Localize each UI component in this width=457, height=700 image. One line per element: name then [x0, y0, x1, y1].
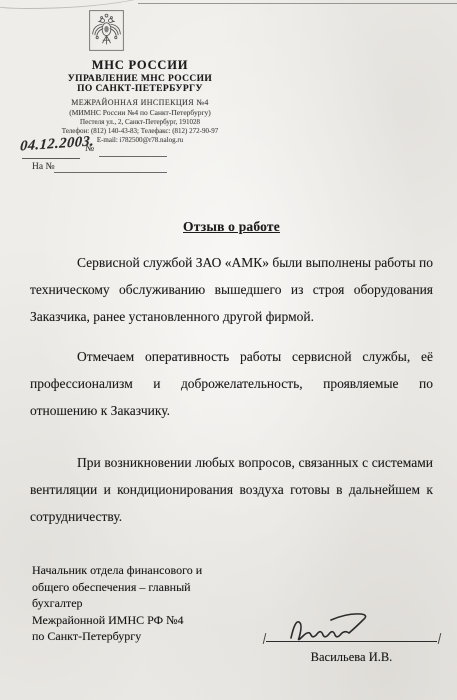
signer-position-line: общего обеспечения – главный: [32, 579, 272, 596]
scan-artifact-curve: [0, 0, 170, 9]
body-paragraph: Сервисной службой ЗАО «АМК» были выполне…: [30, 249, 433, 330]
scan-artifact-top-edge: [138, 3, 457, 4]
scanned-letter-page: МНС РОССИИ УПРАВЛЕНИЕ МНС РОССИИ ПО САНК…: [0, 0, 457, 700]
org-address: Пестеля ул., 2, Санкт-Петербург, 191028: [10, 119, 270, 126]
inspection-short-name: (МИМНС России №4 по Санкт-Петербургу): [10, 109, 270, 117]
letterhead: МНС РОССИИ УПРАВЛЕНИЕ МНС РОССИИ ПО САНК…: [10, 59, 270, 144]
outgoing-number-blank-line: [99, 156, 167, 157]
letter-title: Отзыв о работе: [30, 219, 433, 235]
handwritten-signature: [283, 608, 383, 644]
signature-line: [266, 641, 437, 642]
signer-position-line: бухгалтер: [32, 595, 272, 612]
body-paragraph: Отмечаем оперативность работы сервисной …: [30, 343, 433, 424]
coat-of-arms-icon: [89, 10, 124, 51]
handwritten-date: 04.12.2003.: [19, 133, 90, 155]
date-underline: [22, 158, 80, 159]
org-name-line1: МНС РОССИИ: [10, 59, 270, 72]
reply-to-number-blank-line: [54, 172, 167, 173]
signer-position-block: Начальник отдела финансового и общего об…: [32, 562, 272, 645]
body-paragraph: При возникновении любых вопросов, связан…: [30, 449, 433, 530]
signature-line-tick-right: [438, 633, 442, 644]
letter-body: Сервисной службой ЗАО «АМК» были выполне…: [30, 249, 433, 543]
signer-name: Васильева И.В.: [266, 650, 437, 665]
inspection-name: МЕЖРАЙОННАЯ ИНСПЕКЦИЯ №4: [10, 99, 270, 107]
outgoing-number-label: №: [85, 144, 94, 154]
org-phones: Телефон: (812) 140-43-83; Телефакс: (812…: [10, 128, 270, 135]
signer-position-line: Начальник отдела финансового и: [32, 562, 272, 579]
reply-to-number-label: На №: [32, 162, 55, 172]
signer-position-line: Межрайонной ИМНС РФ №4: [32, 612, 272, 629]
signer-position-line: по Санкт-Петербургу: [32, 628, 272, 645]
org-name-line3: ПО САНКТ-ПЕТЕРБУРГУ: [10, 85, 270, 95]
